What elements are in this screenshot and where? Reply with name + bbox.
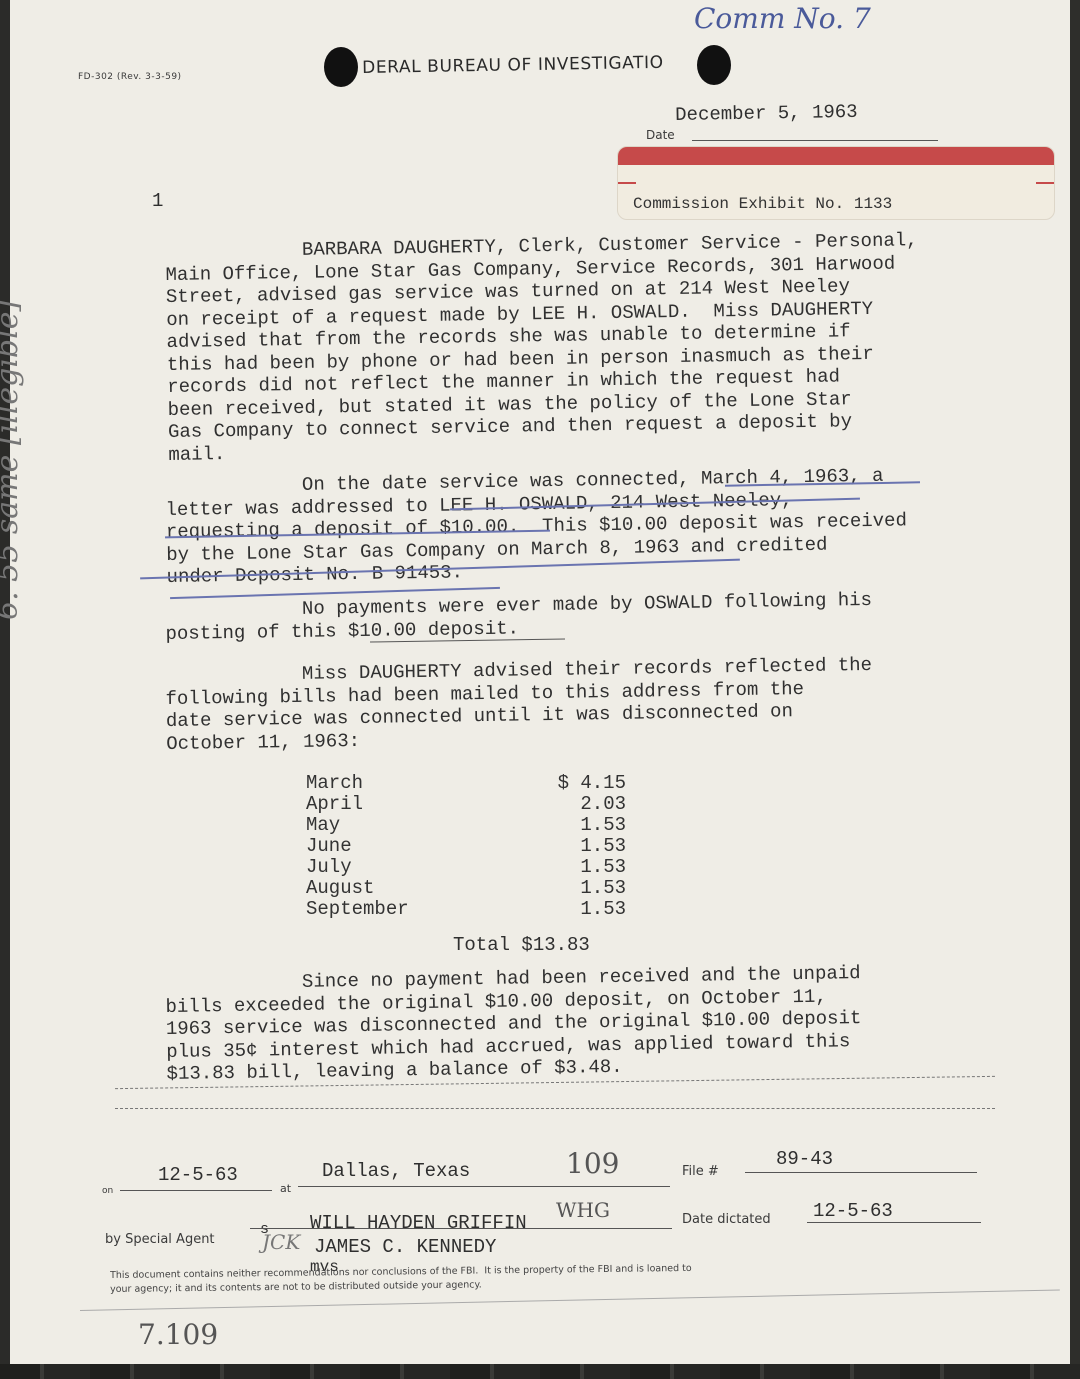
exhibit-tick-right [1036, 182, 1054, 184]
exhibit-tick-left [618, 182, 636, 184]
page-marker: 1 [152, 190, 163, 212]
document-date: December 5, 1963 [675, 101, 858, 126]
bottom-handwritten-number: 7.109 [138, 1318, 218, 1351]
margin-handwritten-note: 6. 55 same [illegible] [0, 280, 25, 620]
date-label: Date [646, 128, 675, 142]
interview-date: 12-5-63 [158, 1164, 238, 1186]
agent-1-initials: WHG [556, 1198, 610, 1222]
bill-month: April [306, 794, 363, 815]
bill-row: August1.53 [306, 878, 626, 899]
document-page: FD-302 (Rev. 3-3-59) DERAL BUREAU OF INV… [10, 0, 1070, 1364]
date-dictated-value: 12-5-63 [813, 1200, 893, 1222]
bill-amount: 1.53 [546, 899, 626, 920]
bill-row: September1.53 [306, 899, 626, 920]
bill-row: March$ 4.15 [306, 773, 626, 794]
agent-name-2: JAMES C. KENNEDY [314, 1236, 496, 1258]
bill-month: May [306, 815, 340, 836]
date-line [692, 140, 938, 141]
file-number: 89-43 [776, 1148, 833, 1170]
paragraph-5: Since no payment had been received and t… [165, 960, 997, 1086]
notice-line-2: your agency; it and its contents are not… [110, 1279, 482, 1295]
exhibit-tag-band [618, 147, 1054, 165]
agent-line [250, 1228, 672, 1229]
paragraph-3: No payments were ever made by OSWALD fol… [165, 587, 996, 645]
bills-total: Total $13.83 [453, 934, 590, 956]
punch-hole-left [324, 47, 358, 87]
handwritten-page-number: 109 [566, 1147, 619, 1180]
agent-label: by Special Agent [105, 1232, 215, 1247]
bill-row: May1.53 [306, 815, 626, 836]
bill-amount: 2.03 [546, 794, 626, 815]
form-number: FD-302 (Rev. 3-3-59) [78, 72, 182, 82]
bill-amount: 1.53 [546, 857, 626, 878]
bill-amount: 1.53 [546, 815, 626, 836]
interview-location: Dallas, Texas [322, 1160, 470, 1182]
handwritten-comm-number: Comm No. 7 [694, 2, 871, 35]
exhibit-tag: Commission Exhibit No. 1133 [617, 146, 1055, 220]
agency-heading: DERAL BUREAU OF INVESTIGATIO [362, 53, 664, 78]
punch-hole-right [697, 45, 731, 85]
agent-name-1: WILL HAYDEN GRIFFIN [310, 1212, 527, 1234]
bill-amount: 1.53 [546, 836, 626, 857]
scan-border-bottom [0, 1364, 1080, 1379]
bill-row: April2.03 [306, 794, 626, 815]
location-line [298, 1186, 670, 1187]
paragraph-4: Miss DAUGHERTY advised their records ref… [165, 652, 996, 755]
bill-month: July [306, 857, 352, 878]
bill-month: June [306, 836, 352, 857]
notice-line-1: This document contains neither recommend… [110, 1263, 692, 1281]
file-line [745, 1172, 977, 1173]
body-divider-lower [115, 1108, 995, 1109]
on-label: on [102, 1186, 113, 1196]
bill-month: September [306, 899, 409, 920]
date-dictated-label: Date dictated [682, 1212, 771, 1227]
on-date-line [120, 1190, 272, 1191]
bill-amount: 1.53 [546, 878, 626, 899]
at-label: at [280, 1182, 291, 1195]
bill-month: August [306, 878, 374, 899]
file-label: File # [682, 1164, 719, 1179]
bill-amount: $ 4.15 [546, 773, 626, 794]
exhibit-label: Commission Exhibit No. 1133 [633, 195, 892, 213]
bill-row: July1.53 [306, 857, 626, 878]
bill-row: June1.53 [306, 836, 626, 857]
date-dictated-line [807, 1222, 981, 1223]
paragraph-1: BARBARA DAUGHERTY, Clerk, Customer Servi… [165, 228, 998, 466]
agent-2-initials: JCK [262, 1230, 300, 1254]
bill-month: March [306, 773, 363, 794]
bills-table: March$ 4.15 April2.03 May1.53 June1.53 J… [306, 773, 626, 920]
scan-border-left [0, 0, 10, 1379]
